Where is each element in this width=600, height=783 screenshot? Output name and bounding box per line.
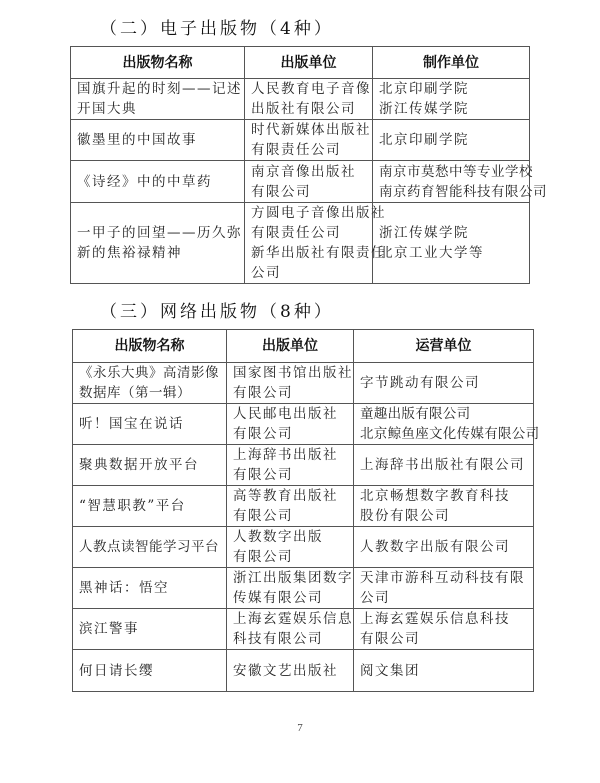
cell-publisher: 高等教育出版社有限公司 bbox=[227, 486, 354, 527]
table-row: 黑神话：悟空 浙江出版集团数字传媒有限公司 天津市游科互动科技有限公司 bbox=[73, 568, 534, 609]
cell-publication-name: 《永乐大典》高清影像数据库（第一辑） bbox=[73, 363, 227, 404]
cell-operator: 北京畅想数字教育科技股份有限公司 bbox=[354, 486, 534, 527]
section-title-online-publications: （三）网络出版物（8种） bbox=[100, 297, 334, 322]
cell-publisher: 方圆电子音像出版社有限责任公司新华出版社有限责任公司 bbox=[245, 203, 373, 284]
page-number: 7 bbox=[0, 722, 600, 734]
cell-publisher: 上海辞书出版社有限公司 bbox=[227, 445, 354, 486]
cell-publisher: 安徽文艺出版社 bbox=[227, 650, 354, 692]
cell-operator: 上海玄霆娱乐信息科技有限公司 bbox=[354, 609, 534, 650]
table-row: 徽墨里的中国故事 时代新媒体出版社有限责任公司 北京印刷学院 bbox=[71, 120, 530, 161]
cell-publication-name: 人教点读智能学习平台 bbox=[73, 527, 227, 568]
table-row: 听！国宝在说话 人民邮电出版社有限公司 童趣出版有限公司北京鲸鱼座文化传媒有限公… bbox=[73, 404, 534, 445]
table-row: “智慧职教”平台 高等教育出版社有限公司 北京畅想数字教育科技股份有限公司 bbox=[73, 486, 534, 527]
section-title-electronic-publications: （二）电子出版物（4种） bbox=[100, 14, 334, 39]
cell-publication-name: 《诗经》中的中草药 bbox=[71, 161, 245, 203]
cell-publisher: 人民邮电出版社有限公司 bbox=[227, 404, 354, 445]
table-row: 《诗经》中的中草药 南京音像出版社有限公司 南京市莫愁中等专业学校南京药育智能科… bbox=[71, 161, 530, 203]
cell-publication-name: “智慧职教”平台 bbox=[73, 486, 227, 527]
table-header-row: 出版物名称 出版单位 制作单位 bbox=[71, 47, 530, 79]
cell-producer: 浙江传媒学院北京工业大学等 bbox=[373, 203, 530, 284]
cell-publication-name: 何日请长缨 bbox=[73, 650, 227, 692]
cell-publisher: 人教数字出版有限公司 bbox=[227, 527, 354, 568]
cell-publisher: 上海玄霆娱乐信息科技有限公司 bbox=[227, 609, 354, 650]
cell-publication-name: 国旗升起的时刻——记述开国大典 bbox=[71, 79, 245, 120]
table-row: 人教点读智能学习平台 人教数字出版有限公司 人教数字出版有限公司 bbox=[73, 527, 534, 568]
header-producer: 制作单位 bbox=[373, 47, 530, 79]
online-publications-table: 出版物名称 出版单位 运营单位 《永乐大典》高清影像数据库（第一辑） 国家图书馆… bbox=[72, 329, 534, 692]
cell-operator: 童趣出版有限公司北京鲸鱼座文化传媒有限公司 bbox=[354, 404, 534, 445]
cell-producer: 北京印刷学院浙江传媒学院 bbox=[373, 79, 530, 120]
cell-operator: 字节跳动有限公司 bbox=[354, 363, 534, 404]
cell-publication-name: 滨江警事 bbox=[73, 609, 227, 650]
table-row: 一甲子的回望——历久弥新的焦裕禄精神 方圆电子音像出版社有限责任公司新华出版社有… bbox=[71, 203, 530, 284]
cell-publication-name: 徽墨里的中国故事 bbox=[71, 120, 245, 161]
cell-operator: 上海辞书出版社有限公司 bbox=[354, 445, 534, 486]
header-publication-name: 出版物名称 bbox=[71, 47, 245, 79]
cell-publication-name: 一甲子的回望——历久弥新的焦裕禄精神 bbox=[71, 203, 245, 284]
cell-publication-name: 黑神话：悟空 bbox=[73, 568, 227, 609]
electronic-publications-table: 出版物名称 出版单位 制作单位 国旗升起的时刻——记述开国大典 人民教育电子音像… bbox=[70, 46, 530, 284]
cell-publisher: 时代新媒体出版社有限责任公司 bbox=[245, 120, 373, 161]
header-publisher: 出版单位 bbox=[227, 330, 354, 363]
cell-producer: 南京市莫愁中等专业学校南京药育智能科技有限公司 bbox=[373, 161, 530, 203]
cell-publication-name: 听！国宝在说话 bbox=[73, 404, 227, 445]
cell-operator: 人教数字出版有限公司 bbox=[354, 527, 534, 568]
cell-operator: 天津市游科互动科技有限公司 bbox=[354, 568, 534, 609]
cell-publisher: 国家图书馆出版社有限公司 bbox=[227, 363, 354, 404]
cell-publisher: 浙江出版集团数字传媒有限公司 bbox=[227, 568, 354, 609]
cell-publisher: 人民教育电子音像出版社有限公司 bbox=[245, 79, 373, 120]
cell-producer: 北京印刷学院 bbox=[373, 120, 530, 161]
cell-operator: 阅文集团 bbox=[354, 650, 534, 692]
table-row: 聚典数据开放平台 上海辞书出版社有限公司 上海辞书出版社有限公司 bbox=[73, 445, 534, 486]
table-row: 国旗升起的时刻——记述开国大典 人民教育电子音像出版社有限公司 北京印刷学院浙江… bbox=[71, 79, 530, 120]
cell-publisher: 南京音像出版社有限公司 bbox=[245, 161, 373, 203]
header-operator: 运营单位 bbox=[354, 330, 534, 363]
table-row: 《永乐大典》高清影像数据库（第一辑） 国家图书馆出版社有限公司 字节跳动有限公司 bbox=[73, 363, 534, 404]
cell-publication-name: 聚典数据开放平台 bbox=[73, 445, 227, 486]
header-publisher: 出版单位 bbox=[245, 47, 373, 79]
table-row: 何日请长缨 安徽文艺出版社 阅文集团 bbox=[73, 650, 534, 692]
table-row: 滨江警事 上海玄霆娱乐信息科技有限公司 上海玄霆娱乐信息科技有限公司 bbox=[73, 609, 534, 650]
header-publication-name: 出版物名称 bbox=[73, 330, 227, 363]
table-header-row: 出版物名称 出版单位 运营单位 bbox=[73, 330, 534, 363]
